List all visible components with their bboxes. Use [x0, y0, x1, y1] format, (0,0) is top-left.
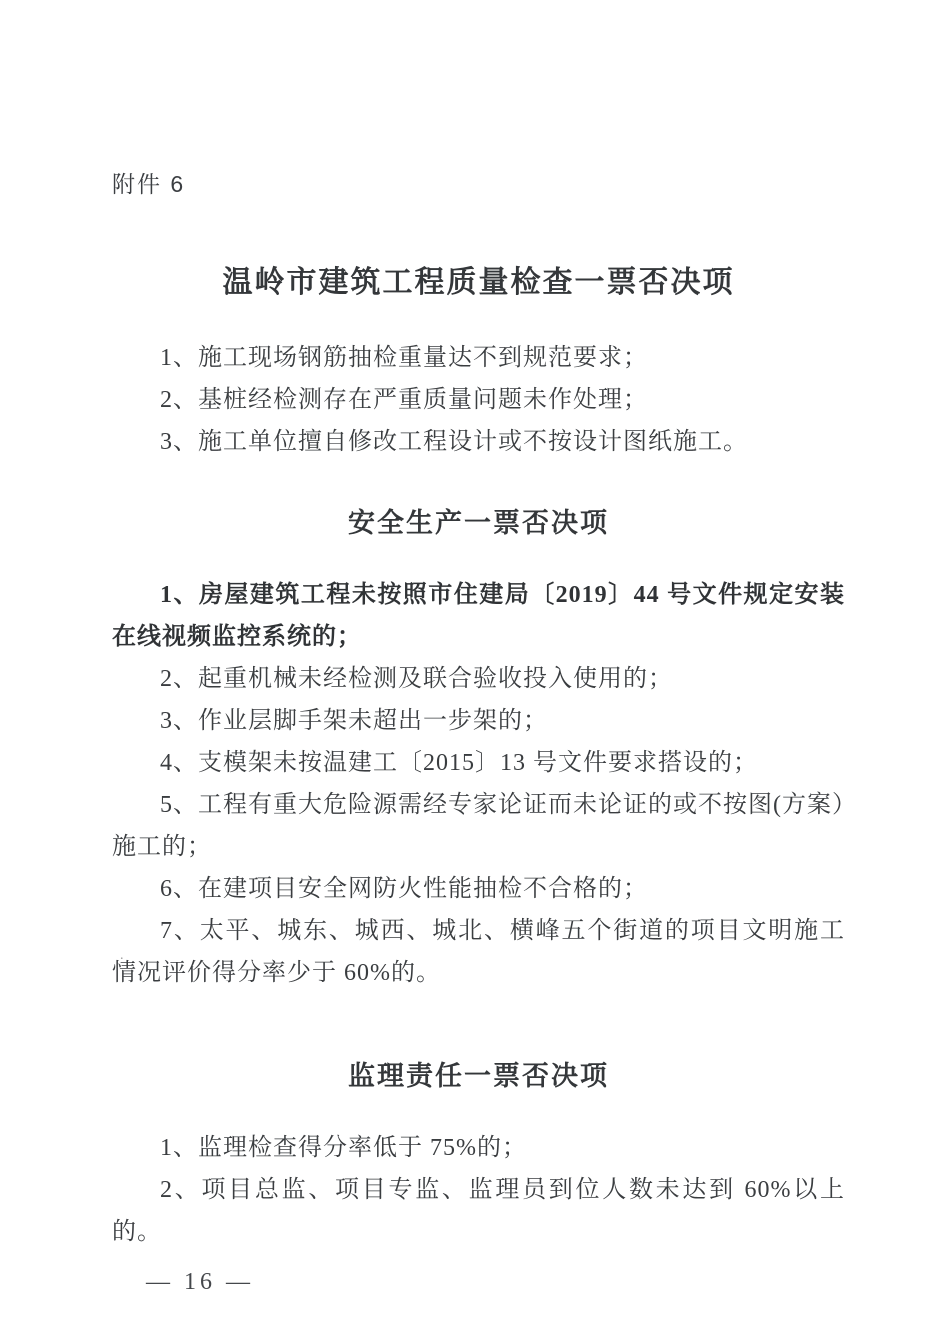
- safety-item-4: 4、支模架未按温建工〔2015〕13 号文件要求搭设的；: [112, 742, 845, 784]
- document-content: 附件 6 温岭市建筑工程质量检查一票否决项 1、施工现场钢筋抽检重量达不到规范要…: [0, 0, 933, 1296]
- page-number: — 16 —: [146, 1269, 845, 1296]
- supervision-section-heading: 监理责任一票否决项: [112, 1054, 845, 1093]
- safety-item-7: 7、太平、城东、城西、城北、横峰五个街道的项目文明施工情况评价得分率少于 60%…: [112, 910, 845, 994]
- safety-item-list: 1、房屋建筑工程未按照市住建局〔2019〕44 号文件规定安装在线视频监控系统的…: [112, 574, 845, 994]
- supervision-item-list: 1、监理检查得分率低于 75%的； 2、项目总监、项目专监、监理员到位人数未达到…: [112, 1127, 845, 1253]
- scan-artifact-dot: .: [120, 948, 124, 964]
- quality-item-list: 1、施工现场钢筋抽检重量达不到规范要求； 2、基桩经检测存在严重质量问题未作处理…: [112, 337, 845, 463]
- safety-item-3: 3、作业层脚手架未超出一步架的；: [112, 700, 845, 742]
- document-page: 附件 6 温岭市建筑工程质量检查一票否决项 1、施工现场钢筋抽检重量达不到规范要…: [0, 0, 933, 1319]
- safety-section-heading: 安全生产一票否决项: [112, 501, 845, 540]
- quality-item-1: 1、施工现场钢筋抽检重量达不到规范要求；: [112, 337, 845, 379]
- supervision-item-1: 1、监理检查得分率低于 75%的；: [112, 1127, 845, 1169]
- safety-item-6: 6、在建项目安全网防火性能抽检不合格的；: [112, 868, 845, 910]
- quality-item-3: 3、施工单位擅自修改工程设计或不按设计图纸施工。: [112, 421, 845, 463]
- quality-item-2: 2、基桩经检测存在严重质量问题未作处理；: [112, 379, 845, 421]
- supervision-item-2: 2、项目总监、项目专监、监理员到位人数未达到 60%以上的。: [112, 1169, 845, 1253]
- attachment-label: 附件 6: [112, 0, 845, 199]
- safety-item-2: 2、起重机械未经检测及联合验收投入使用的；: [112, 658, 845, 700]
- document-title: 温岭市建筑工程质量检查一票否决项: [112, 257, 845, 301]
- safety-item-1: 1、房屋建筑工程未按照市住建局〔2019〕44 号文件规定安装在线视频监控系统的…: [112, 574, 845, 658]
- safety-item-5: 5、工程有重大危险源需经专家论证而未论证的或不按图(方案）施工的；: [112, 784, 845, 868]
